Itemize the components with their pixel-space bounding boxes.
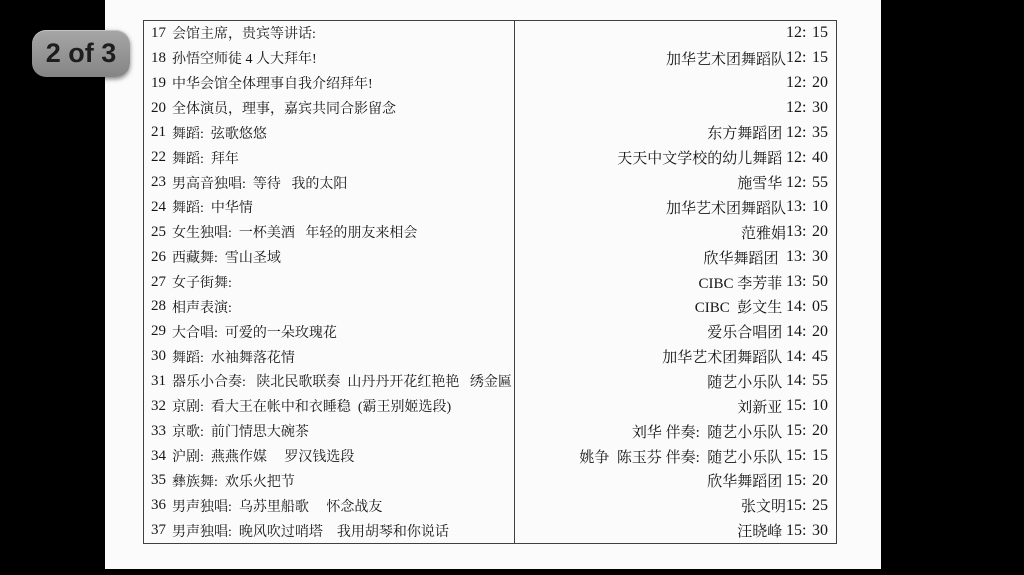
program-item-cell: 30 舞蹈: 水袖舞落花情 [144,344,515,369]
time-minute: 05 [812,298,828,316]
item-number: 30 [151,348,166,365]
time-hour: 14: [786,323,806,341]
time-minute: 15 [812,49,828,67]
time-hour: 15: [786,422,806,440]
performer-time-cell: 12: 20 [515,71,836,96]
program-item-cell: 33 京歌: 前门情思大碗茶 [144,419,515,444]
time-value: 15: 15 [786,447,828,465]
program-item-cell: 19 中华会馆全体理事自我介绍拜年! [144,71,515,96]
performer-time-cell: 欣华舞蹈团 13: 30 [515,245,836,270]
performer-time-cell: 施雪华 12: 55 [515,170,836,195]
page-indicator-label: 2 of 3 [46,38,117,69]
viewer-background: { "pager": { "label": "2 of 3" }, "color… [0,0,1024,575]
item-number: 17 [151,25,166,42]
time-minute: 20 [812,74,828,92]
performer-name: 范雅娟 [741,222,786,243]
performer-name: 汪晓峰 [737,520,786,541]
item-number: 26 [151,249,166,266]
performer-name: 姚争 陈玉芬 伴奏: 随艺小乐队 [579,446,786,467]
item-number: 23 [151,174,166,191]
program-item-cell: 17 会馆主席，贵宾等讲话: [144,21,515,46]
time-hour: 12: [786,49,806,67]
program-item-cell: 23 男高音独唱: 等待 我的太阳 [144,170,515,195]
performer-time-cell: 刘华 伴奏: 随艺小乐队 15: 20 [515,419,836,444]
time-hour: 12: [786,99,806,117]
time-hour: 14: [786,348,806,366]
performer-time-cell: 12: 30 [515,96,836,121]
time-minute: 35 [812,124,828,142]
time-minute: 15 [812,24,828,42]
table-row: 37 男声独唱: 晚风吹过哨塔 我用胡琴和你说话 汪晓峰 15: 30 [144,518,836,543]
performer-time-cell: CIBC 彭文生 14: 05 [515,294,836,319]
time-value: 15: 30 [786,522,828,540]
time-minute: 20 [812,422,828,440]
time-hour: 14: [786,298,806,316]
program-item-cell: 20 全体演员，理事，嘉宾共同合影留念 [144,96,515,121]
performer-time-cell: 天天中文学校的幼儿舞蹈 12: 40 [515,145,836,170]
time-hour: 13: [786,248,806,266]
program-item-cell: 34 沪剧: 燕燕作媒 罗汉钱选段 [144,444,515,469]
table-row: 32 京剧: 看大王在帐中和衣睡稳 (霸王别姬选段) 刘新亚 15: 10 [144,394,836,419]
time-value: 15: 25 [786,497,828,515]
performer-time-cell: 随艺小乐队 14: 55 [515,369,836,394]
time-minute: 10 [812,397,828,415]
time-value: 12: 15 [786,24,828,42]
table-row: 30 舞蹈: 水袖舞落花情 加华艺术团舞蹈队 14: 45 [144,344,836,369]
item-number: 31 [151,373,166,390]
time-hour: 12: [786,149,806,167]
time-minute: 55 [812,372,828,390]
time-hour: 15: [786,522,806,540]
item-title: 男高音独唱: 等待 我的太阳 [172,173,347,193]
item-title: 孙悟空师徒 4 人大拜年! [172,48,317,68]
performer-time-cell: 加华艺术团舞蹈队 14: 45 [515,344,836,369]
performer-name: CIBC 彭文生 [695,296,786,317]
time-value: 12: 35 [786,124,828,142]
performer-name: CIBC 李芳菲 [698,272,786,293]
time-hour: 15: [786,397,806,415]
performer-name: 刘华 伴奏: 随艺小乐队 [632,421,786,442]
table-row: 28 相声表演: CIBC 彭文生 14: 05 [144,294,836,319]
item-number: 22 [151,149,166,166]
time-hour: 15: [786,447,806,465]
time-value: 13: 30 [786,248,828,266]
table-row: 19 中华会馆全体理事自我介绍拜年! 12: 20 [144,71,836,96]
item-title: 舞蹈: 弦歌悠悠 [172,123,267,143]
item-title: 相声表演: [172,297,232,317]
table-row: 25 女生独唱: 一杯美酒 年轻的朋友来相会 范雅娟 13: 20 [144,220,836,245]
time-hour: 12: [786,24,806,42]
program-item-cell: 24 舞蹈: 中华情 [144,195,515,220]
item-number: 28 [151,298,166,315]
performer-name: 欣华舞蹈团 [703,247,786,268]
time-minute: 30 [812,99,828,117]
time-minute: 45 [812,348,828,366]
time-hour: 13: [786,223,806,241]
time-value: 14: 45 [786,348,828,366]
time-hour: 12: [786,174,806,192]
item-title: 大合唱: 可爱的一朵玫瑰花 [172,322,337,342]
item-title: 全体演员，理事，嘉宾共同合影留念 [172,98,396,118]
program-item-cell: 35 彝族舞: 欢乐火把节 [144,468,515,493]
item-number: 21 [151,124,166,141]
table-row: 33 京歌: 前门情思大碗茶 刘华 伴奏: 随艺小乐队 15: 20 [144,419,836,444]
item-title: 器乐小合奏: 陕北民歌联奏 山丹丹开花红艳艳 绣金匾 [172,371,512,391]
item-title: 京剧: 看大王在帐中和衣睡稳 (霸王别姬选段) [172,396,451,416]
performer-time-cell: CIBC 李芳菲 13: 50 [515,270,836,295]
performer-time-cell: 东方舞蹈团 12: 35 [515,120,836,145]
item-title: 女子街舞: [172,272,232,292]
time-value: 12: 40 [786,149,828,167]
performer-name: 加华艺术团舞蹈队 [666,197,786,218]
performer-time-cell: 汪晓峰 15: 30 [515,518,836,543]
program-item-cell: 18 孙悟空师徒 4 人大拜年! [144,46,515,71]
time-minute: 15 [812,447,828,465]
performer-name: 施雪华 [737,172,786,193]
time-minute: 20 [812,223,828,241]
time-minute: 20 [812,472,828,490]
time-minute: 40 [812,149,828,167]
time-value: 13: 20 [786,223,828,241]
program-table: 17 会馆主席，贵宾等讲话: 12: 15 18 孙悟空师徒 4 人大拜年! [143,20,837,544]
time-value: 14: 55 [786,372,828,390]
time-hour: 12: [786,74,806,92]
time-hour: 15: [786,497,806,515]
performer-time-cell: 张文明 15: 25 [515,493,836,518]
time-hour: 13: [786,198,806,216]
item-number: 24 [151,199,166,216]
item-number: 18 [151,50,166,67]
program-item-cell: 25 女生独唱: 一杯美酒 年轻的朋友来相会 [144,220,515,245]
item-title: 彝族舞: 欢乐火把节 [172,471,295,491]
program-item-cell: 29 大合唱: 可爱的一朵玫瑰花 [144,319,515,344]
program-item-cell: 31 器乐小合奏: 陕北民歌联奏 山丹丹开花红艳艳 绣金匾 [144,369,515,394]
item-number: 32 [151,398,166,415]
performer-time-cell: 爱乐合唱团 14: 20 [515,319,836,344]
time-value: 13: 10 [786,198,828,216]
performer-name: 天天中文学校的幼儿舞蹈 [617,147,786,168]
item-number: 20 [151,100,166,117]
program-item-cell: 22 舞蹈: 拜年 [144,145,515,170]
time-value: 12: 55 [786,174,828,192]
table-row: 35 彝族舞: 欢乐火把节 欣华舞蹈团 15: 20 [144,468,836,493]
time-minute: 55 [812,174,828,192]
performer-name: 加华艺术团舞蹈队 [666,48,786,69]
performer-time-cell: 姚争 陈玉芬 伴奏: 随艺小乐队 15: 15 [515,444,836,469]
performer-name: 张文明 [741,495,786,516]
item-number: 29 [151,323,166,340]
performer-time-cell: 加华艺术团舞蹈队 12: 15 [515,46,836,71]
performer-name: 加华艺术团舞蹈队 [662,346,786,367]
table-row: 21 舞蹈: 弦歌悠悠 东方舞蹈团 12: 35 [144,120,836,145]
table-row: 23 男高音独唱: 等待 我的太阳 施雪华 12: 55 [144,170,836,195]
item-number: 19 [151,75,166,92]
time-minute: 30 [812,522,828,540]
performer-name: 随艺小乐队 [707,371,786,392]
item-number: 25 [151,224,166,241]
item-title: 女生独唱: 一杯美酒 年轻的朋友来相会 [172,222,417,242]
program-item-cell: 28 相声表演: [144,294,515,319]
table-row: 34 沪剧: 燕燕作媒 罗汉钱选段 姚争 陈玉芬 伴奏: 随艺小乐队 15: 1… [144,444,836,469]
item-title: 舞蹈: 水袖舞落花情 [172,347,295,367]
time-minute: 10 [812,198,828,216]
performer-time-cell: 刘新亚 15: 10 [515,394,836,419]
program-item-cell: 26 西藏舞: 雪山圣域 [144,245,515,270]
item-number: 37 [151,522,166,539]
table-row: 31 器乐小合奏: 陕北民歌联奏 山丹丹开花红艳艳 绣金匾 随艺小乐队 14: … [144,369,836,394]
time-value: 14: 20 [786,323,828,341]
item-title: 会馆主席，贵宾等讲话: [172,23,316,43]
table-row: 36 男声独唱: 乌苏里船歌 怀念战友 张文明 15: 25 [144,493,836,518]
page-indicator-badge: 2 of 3 [32,30,130,77]
program-item-cell: 36 男声独唱: 乌苏里船歌 怀念战友 [144,493,515,518]
performer-time-cell: 范雅娟 13: 20 [515,220,836,245]
item-title: 舞蹈: 拜年 [172,148,239,168]
table-row: 26 西藏舞: 雪山圣域 欣华舞蹈团 13: 30 [144,245,836,270]
document-page: 17 会馆主席，贵宾等讲话: 12: 15 18 孙悟空师徒 4 人大拜年! [105,0,881,569]
time-value: 13: 50 [786,273,828,291]
item-title: 京歌: 前门情思大碗茶 [172,421,309,441]
time-hour: 12: [786,124,806,142]
program-item-cell: 27 女子街舞: [144,270,515,295]
time-minute: 25 [812,497,828,515]
item-number: 33 [151,423,166,440]
item-title: 男声独唱: 乌苏里船歌 怀念战友 [172,496,382,516]
item-title: 男声独唱: 晚风吹过哨塔 我用胡琴和你说话 [172,521,449,541]
item-title: 沪剧: 燕燕作媒 罗汉钱选段 [172,446,354,466]
performer-name: 刘新亚 [737,396,786,417]
table-row: 29 大合唱: 可爱的一朵玫瑰花 爱乐合唱团 14: 20 [144,319,836,344]
performer-name: 欣华舞蹈团 [707,470,786,491]
performer-time-cell: 欣华舞蹈团 15: 20 [515,468,836,493]
program-item-cell: 37 男声独唱: 晚风吹过哨塔 我用胡琴和你说话 [144,518,515,543]
table-row: 27 女子街舞: CIBC 李芳菲 13: 50 [144,270,836,295]
time-minute: 20 [812,323,828,341]
performer-name: 爱乐合唱团 [707,321,786,342]
performer-name: 东方舞蹈团 [707,122,786,143]
table-row: 22 舞蹈: 拜年 天天中文学校的幼儿舞蹈 12: 40 [144,145,836,170]
time-value: 15: 10 [786,397,828,415]
time-value: 14: 05 [786,298,828,316]
item-title: 西藏舞: 雪山圣域 [172,247,281,267]
item-number: 27 [151,274,166,291]
time-value: 15: 20 [786,472,828,490]
time-hour: 15: [786,472,806,490]
item-title: 中华会馆全体理事自我介绍拜年! [172,73,373,93]
performer-time-cell: 12: 15 [515,21,836,46]
time-value: 12: 20 [786,74,828,92]
time-hour: 13: [786,273,806,291]
time-value: 12: 30 [786,99,828,117]
item-number: 34 [151,448,166,465]
time-minute: 50 [812,273,828,291]
table-row: 17 会馆主席，贵宾等讲话: 12: 15 [144,21,836,46]
time-value: 12: 15 [786,49,828,67]
item-number: 35 [151,472,166,489]
time-hour: 14: [786,372,806,390]
table-row: 24 舞蹈: 中华情 加华艺术团舞蹈队 13: 10 [144,195,836,220]
time-value: 15: 20 [786,422,828,440]
item-number: 36 [151,497,166,514]
table-row: 20 全体演员，理事，嘉宾共同合影留念 12: 30 [144,96,836,121]
time-minute: 30 [812,248,828,266]
program-item-cell: 32 京剧: 看大王在帐中和衣睡稳 (霸王别姬选段) [144,394,515,419]
performer-time-cell: 加华艺术团舞蹈队 13: 10 [515,195,836,220]
program-item-cell: 21 舞蹈: 弦歌悠悠 [144,120,515,145]
item-title: 舞蹈: 中华情 [172,197,253,217]
table-row: 18 孙悟空师徒 4 人大拜年! 加华艺术团舞蹈队 12: 15 [144,46,836,71]
